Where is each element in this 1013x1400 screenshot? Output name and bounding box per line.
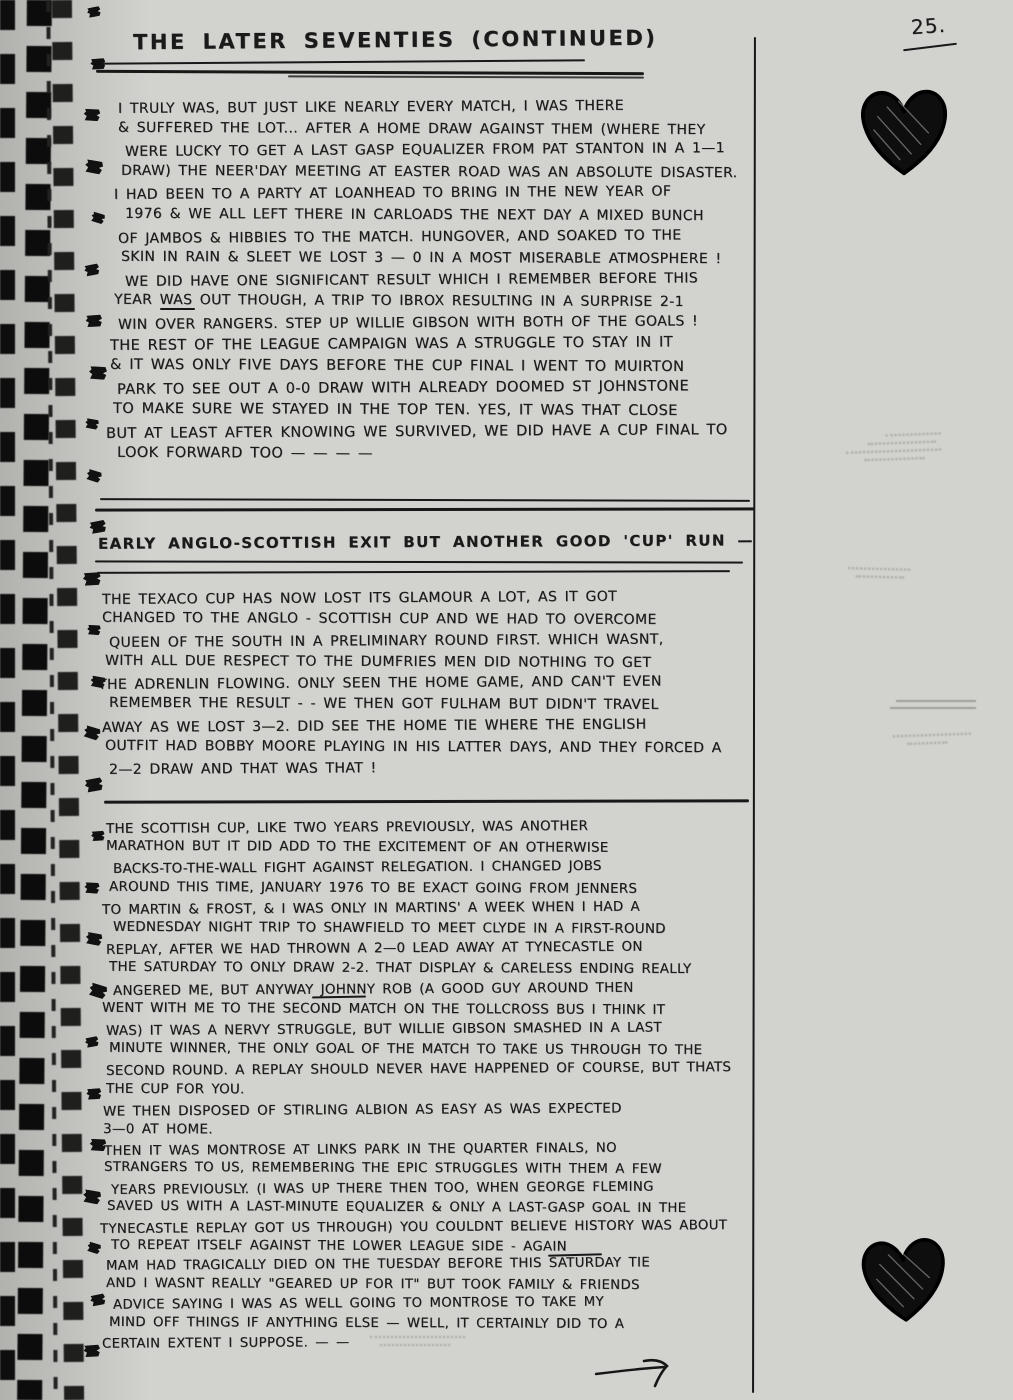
page-title: THE LATER SEVENTIES (CONTINUED)	[133, 26, 658, 55]
title-underline-1	[102, 59, 585, 64]
binding-hole-mark	[85, 418, 100, 430]
binding-hole-mark	[84, 882, 99, 893]
paragraph-later-seventies: I TRULY WAS, BUT JUST LIKE NEARLY EVERY …	[118, 97, 737, 335]
section-divider-1b	[95, 507, 755, 511]
handwritten-line: 1976 & WE ALL LEFT THERE IN CARLOADS THE…	[125, 204, 738, 228]
handwritten-line: I HAD BEEN TO A PARTY AT LOANHEAD TO BRI…	[114, 181, 738, 206]
handwritten-line: SKIN IN RAIN & SLEET WE LOST 3 — 0 IN A …	[121, 247, 738, 271]
handwritten-line: ANGERED ME, BUT ANYWAY JOHNNY ROB (A GOO…	[113, 978, 731, 1002]
binding-hole-mark	[84, 1035, 100, 1048]
crossed-out-scribble	[370, 1330, 465, 1352]
section-divider-1a	[100, 498, 750, 501]
handwritten-line: MAM HAD TRAGICALLY DIED ON THE TUESDAY B…	[106, 1253, 650, 1276]
page-number-underline	[903, 43, 957, 51]
binding-hole-mark	[87, 625, 101, 635]
underline-was	[160, 308, 195, 310]
handwritten-line: SAVED US WITH A LAST-MINUTE EQUALIZER & …	[107, 1197, 727, 1219]
binding-hole-mark	[91, 830, 106, 842]
binding-hole-mark	[83, 725, 102, 741]
spiral-binding-shadow-2	[52, 0, 84, 1400]
scanned-fanzine-page: { "page": { "number": "25.", "title": "T…	[0, 0, 1013, 1400]
handwritten-line: PARK TO SEE OUT A 0-0 DRAW WITH ALREADY …	[117, 375, 728, 401]
binding-hole-mark	[83, 262, 100, 277]
handwritten-line: THE REST OF THE LEAGUE CAMPAIGN WAS A ST…	[110, 331, 728, 357]
title-underline-3	[288, 75, 644, 78]
paragraph-texaco-cup: THE TEXACO CUP HAS NOW LOST ITS GLAMOUR …	[102, 588, 722, 780]
binding-dash-line	[46, 0, 57, 1400]
handwritten-line: WE THEN DISPOSED OF STIRLING ALBION AS E…	[103, 1099, 622, 1122]
handwritten-line: BACKS-TO-THE-WALL FIGHT AGAINST RELEGATI…	[113, 857, 731, 881]
binding-hole-mark	[84, 109, 100, 121]
handwritten-line: I TRULY WAS, BUT JUST LIKE NEARLY EVERY …	[118, 95, 738, 120]
paragraph-stirling: WE THEN DISPOSED OF STIRLING ALBION AS E…	[103, 1101, 622, 1141]
handwritten-line: TO MAKE SURE WE STAYED IN THE TOP TEN. Y…	[113, 398, 728, 422]
handwritten-line: YEAR WAS OUT THOUGH, A TRIP TO IBROX RES…	[114, 290, 738, 314]
heading-underline-2	[97, 570, 730, 573]
spiral-binding-shadow	[17, 0, 52, 1400]
section-divider-2	[104, 799, 749, 803]
heart-doodle-bottom-icon	[855, 1226, 952, 1331]
binding-hole-mark	[90, 211, 106, 224]
handwritten-line: THE CUP FOR YOU.	[106, 1079, 731, 1102]
bleed-through-dash-1	[896, 700, 976, 702]
heart-doodle-top-icon	[856, 80, 952, 180]
binding-hole-mark	[89, 1292, 106, 1307]
handwritten-line: & IT WAS ONLY FIVE DAYS BEFORE THE CUP F…	[110, 354, 728, 378]
margin-rule	[752, 37, 756, 1393]
bleed-through-marks-2	[848, 561, 919, 585]
binding-hole-mark	[85, 932, 103, 946]
binding-hole-mark	[83, 1344, 101, 1358]
handwritten-line: LOOK FORWARD TOO — — — —	[117, 442, 728, 466]
handwritten-line: AROUND THIS TIME, JANUARY 1976 TO BE EXA…	[109, 877, 731, 900]
handwritten-line: CHANGED TO THE ANGLO - SCOTTISH CUP AND …	[102, 608, 722, 632]
heading-underline-1	[95, 560, 743, 563]
binding-hole-mark	[84, 159, 103, 175]
handwritten-line: QUEEN OF THE SOUTH IN A PRELIMINARY ROUN…	[109, 629, 722, 654]
binding-hole-mark	[89, 366, 107, 379]
binding-hole-mark	[86, 1087, 102, 1100]
handwritten-line: THE SATURDAY TO ONLY DRAW 2-2. THAT DISP…	[109, 958, 731, 981]
binding-hole-mark	[89, 519, 108, 535]
page-number: 25.	[910, 13, 946, 39]
paragraph-montrose: THEN IT WAS MONTROSE AT LINKS PARK IN TH…	[104, 1140, 727, 1256]
bleed-through-dash-2	[890, 707, 976, 709]
binding-hole-mark	[86, 1241, 102, 1254]
paragraph-league-campaign: THE REST OF THE LEAGUE CAMPAIGN WAS A ST…	[110, 333, 728, 465]
heading-anglo-scottish: EARLY ANGLO-SCOTTISH EXIT BUT ANOTHER GO…	[98, 531, 754, 552]
binding-hole-mark	[82, 1189, 101, 1205]
handwritten-line: 2—2 DRAW AND THAT WAS THAT !	[109, 757, 722, 782]
title-underline-2	[96, 70, 644, 75]
handwritten-line: BUT AT LEAST AFTER KNOWING WE SURVIVED, …	[106, 419, 728, 445]
bleed-through-marks-1	[845, 426, 948, 468]
handwritten-line: REMEMBER THE RESULT - - WE THEN GOT FULH…	[109, 693, 722, 717]
handwritten-line: WERE LUCKY TO GET A LAST GASP EQUALIZER …	[125, 138, 738, 163]
binding-hole-mark	[85, 314, 103, 328]
continuation-arrow-icon	[592, 1346, 688, 1394]
binding-hole-mark	[85, 468, 102, 483]
handwritten-line: SECOND ROUND. A REPLAY SHOULD NEVER HAVE…	[106, 1059, 731, 1083]
bleed-through-marks-3	[893, 727, 974, 752]
handwritten-line: ADVICE SAYING I WAS AS WELL GOING TO MON…	[113, 1293, 650, 1316]
photocopy-edge-marks	[0, 0, 15, 1400]
binding-hole-mark	[86, 5, 102, 18]
paragraph-scottish-cup: THE SCOTTISH CUP, LIKE TWO YEARS PREVIOU…	[106, 818, 731, 1101]
